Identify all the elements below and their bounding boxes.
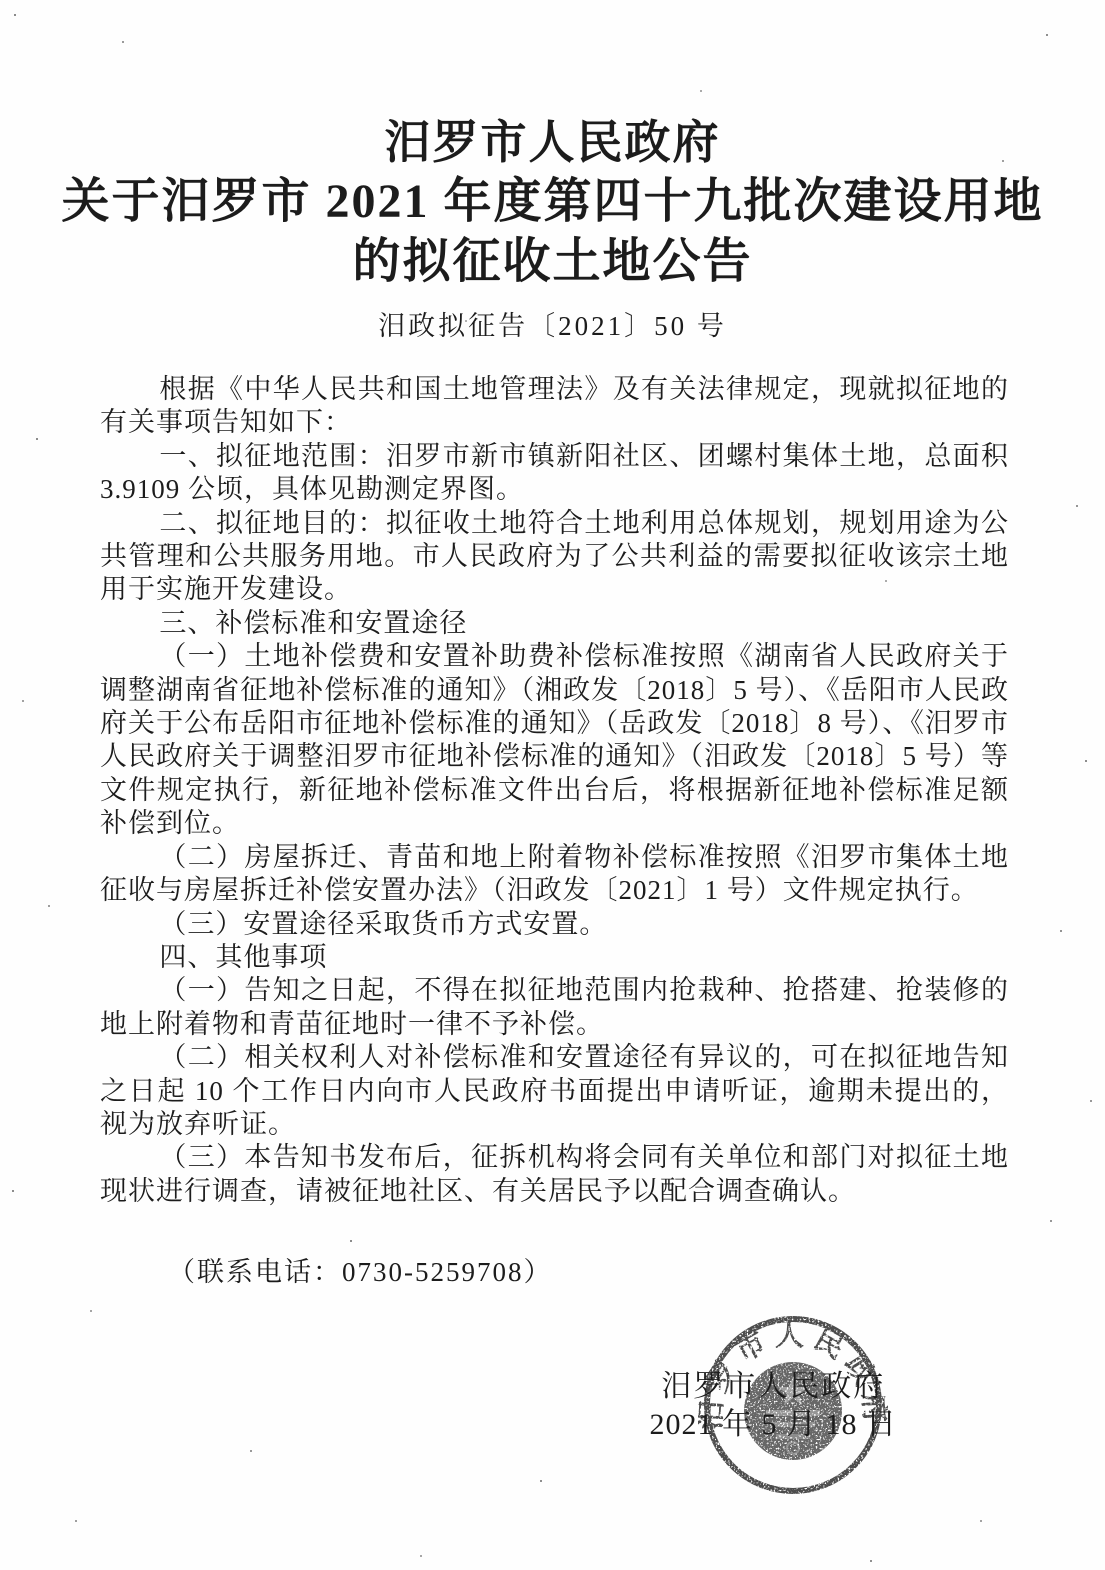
paragraph-purpose: 二、拟征地目的：拟征收土地符合土地利用总体规划，规划用途为公共管理和公共服务用地… — [100, 507, 1009, 607]
paragraph-scope: 一、拟征地范围：汨罗市新市镇新阳社区、团螺村集体土地，总面积 3.9109 公顷… — [100, 440, 1009, 507]
paragraph-resettlement: （三）安置途径采取货币方式安置。 — [100, 908, 1009, 941]
document-page: 汨罗市人民政府 关于汨罗市 2021 年度第四十九批次建设用地 的拟征收土地公告… — [0, 0, 1105, 1570]
signature-block: 汨罗市人民政府 2021 年 5 月 18 日 — [650, 1368, 898, 1444]
paragraph-no-rush-planting: （一）告知之日起，不得在拟征地范围内抢栽种、抢搭建、抢装修的地上附着物和青苗征地… — [100, 974, 1009, 1041]
paragraph-other-heading: 四、其他事项 — [100, 941, 1009, 974]
document-number: 汨政拟征告〔2021〕50 号 — [0, 304, 1105, 343]
paragraph-compensation-heading: 三、补偿标准和安置途径 — [100, 607, 1009, 640]
contact-phone: （联系电话：0730-5259708） — [168, 1250, 1105, 1289]
document-title: 汨罗市人民政府 关于汨罗市 2021 年度第四十九批次建设用地 的拟征收土地公告 — [0, 0, 1105, 292]
document-title-line3: 的拟征收土地公告 — [0, 232, 1105, 292]
document-body: 根据《中华人民共和国土地管理法》及有关法律规定，现就拟征地的有关事项告知如下： … — [100, 373, 1009, 1208]
document-title-line1: 汨罗市人民政府 — [0, 114, 1105, 172]
paragraph-survey: （三）本告知书发布后，征拆机构将会同有关单位和部门对拟征土地现状进行调查，请被征… — [100, 1141, 1009, 1208]
paragraph-intro: 根据《中华人民共和国土地管理法》及有关法律规定，现就拟征地的有关事项告知如下： — [100, 373, 1009, 440]
scan-noise — [14, 14, 16, 16]
signature-org: 汨罗市人民政府 — [650, 1368, 898, 1406]
document-title-line2: 关于汨罗市 2021 年度第四十九批次建设用地 — [0, 172, 1105, 232]
signature-date: 2021 年 5 月 18 日 — [650, 1406, 898, 1444]
paragraph-compensation-standard: （一）土地补偿费和安置补助费补偿标准按照《湖南省人民政府关于调整湖南省征地补偿标… — [100, 640, 1009, 840]
paragraph-hearing-rights: （二）相关权利人对补偿标准和安置途径有异议的，可在拟征地告知之日起 10 个工作… — [100, 1041, 1009, 1141]
paragraph-demolition-standard: （二）房屋拆迁、青苗和地上附着物补偿标准按照《汨罗市集体土地征收与房屋拆迁补偿安… — [100, 841, 1009, 908]
